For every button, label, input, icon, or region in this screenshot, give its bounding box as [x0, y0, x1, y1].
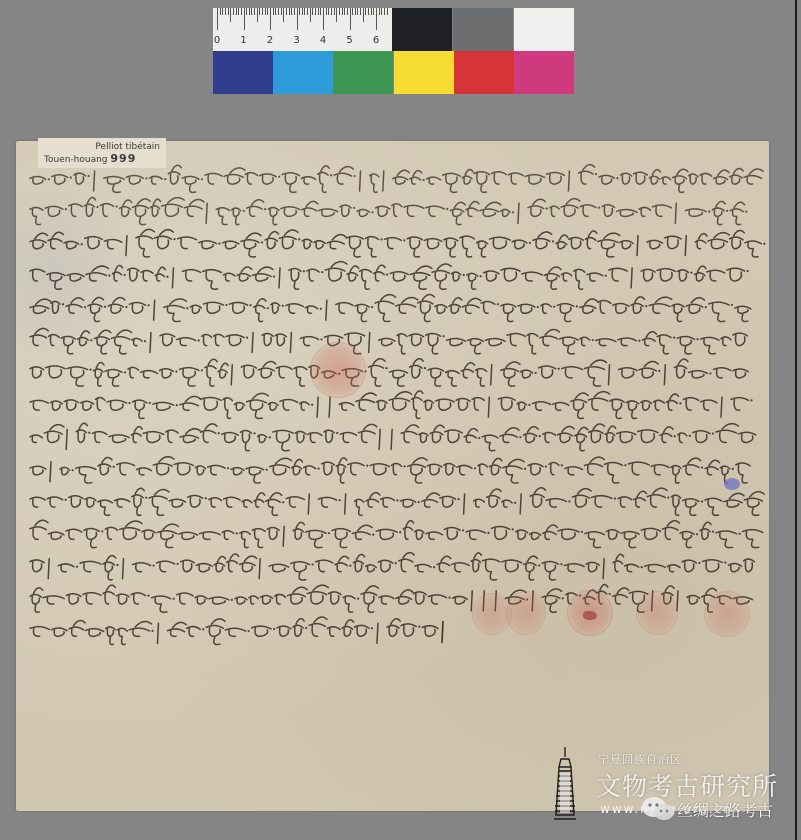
ruler-tick: [217, 8, 218, 30]
ruler-tick: [249, 8, 250, 15]
pagoda-logo-icon: [552, 745, 578, 825]
swatch-green: [333, 51, 393, 94]
ruler-tick: [339, 8, 340, 15]
ruler-tick: [342, 8, 343, 15]
ruler-tick: [320, 8, 321, 15]
publisher-watermark: 宁夏回族自治区 文物考古研究所 www.nxkg.org.cn 丝绸之路考古: [552, 745, 797, 835]
ruler-tick: [228, 8, 229, 15]
ruler-tick: [302, 8, 303, 15]
swatch-cyan: [273, 51, 333, 94]
swatch-yellow: [394, 51, 454, 94]
ruler-tick: [254, 8, 255, 15]
swatch-red: [454, 51, 514, 94]
ruler-tick: [299, 8, 300, 15]
swatch-magenta: [514, 51, 574, 94]
ruler-tick: [281, 8, 282, 15]
ruler-tick: [376, 8, 377, 30]
manuscript-page: Pelliot tibétain Touen-houang 999: [16, 141, 769, 811]
ruler-tick: [350, 8, 351, 30]
ruler-tick: [294, 8, 295, 15]
ruler-tick: [312, 8, 313, 15]
blue-ink-spot: [724, 478, 740, 490]
ruler-label: 0: [214, 35, 220, 46]
ruler-tick: [297, 8, 298, 30]
ruler-tick: [360, 8, 361, 15]
ruler-tick: [304, 8, 305, 15]
ruler-tick: [384, 8, 385, 15]
red-seal-stamp: [506, 591, 546, 635]
ruler-tick: [270, 8, 271, 30]
ruler-tick: [225, 8, 226, 15]
red-seal-stamp: [636, 591, 678, 635]
ruler-tick: [283, 8, 284, 22]
ruler-tick: [336, 8, 337, 22]
ruler-tick: [246, 8, 247, 15]
ruler-tick: [222, 8, 223, 15]
ruler-label: 6: [373, 35, 379, 46]
red-seal-stamp: [704, 591, 750, 637]
ruler-tick: [355, 8, 356, 15]
ruler-tick: [262, 8, 263, 15]
ruler-tick: [275, 8, 276, 15]
frame-border: [795, 0, 797, 840]
ruler-tick: [230, 8, 231, 22]
ruler-label: 3: [293, 35, 299, 46]
ruler-tick: [357, 8, 358, 15]
ruler-tick: [363, 8, 364, 22]
ruler-label: 5: [346, 35, 352, 46]
ruler-tick: [273, 8, 274, 15]
ruler-tick: [310, 8, 311, 22]
ruler-tick: [257, 8, 258, 22]
ruler-tick: [334, 8, 335, 15]
ruler-tick: [307, 8, 308, 15]
ruler-tick: [381, 8, 382, 15]
ruler-label: 2: [267, 35, 273, 46]
ruler-tick: [352, 8, 353, 15]
ruler-tick: [238, 8, 239, 15]
swatch-blue: [213, 51, 273, 94]
ruler-tick: [315, 8, 316, 15]
centimeter-ruler: 0123456: [213, 8, 392, 51]
ruler-tick: [347, 8, 348, 15]
ruler-tick: [241, 8, 242, 15]
ruler-tick: [291, 8, 292, 15]
ruler-tick: [379, 8, 380, 15]
ruler-tick: [326, 8, 327, 15]
swatch-black: [392, 8, 452, 51]
ruler-label: 1: [240, 35, 246, 46]
watermark-org-region: 宁夏回族自治区: [598, 751, 682, 767]
red-seal-stamp: [567, 590, 613, 636]
ruler-tick: [244, 8, 245, 30]
ruler-tick: [267, 8, 268, 15]
tibetan-handwritten-text: [16, 141, 769, 811]
ruler-label: 4: [320, 35, 326, 46]
ruler-tick: [368, 8, 369, 15]
ruler-tick: [220, 8, 221, 15]
ruler-tick: [265, 8, 266, 15]
swatch-white: [514, 8, 574, 51]
wechat-icon: [640, 795, 676, 823]
wechat-account-name: 丝绸之路考古: [677, 798, 773, 821]
ruler-tick: [251, 8, 252, 15]
ruler-tick: [286, 8, 287, 15]
ruler-tick: [278, 8, 279, 15]
color-calibration-target: 0123456: [213, 8, 574, 94]
ruler-tick: [365, 8, 366, 15]
ruler-tick: [259, 8, 260, 15]
ruler-tick: [289, 8, 290, 15]
red-seal-stamp: [310, 342, 366, 398]
ruler-tick: [387, 8, 388, 15]
ruler-tick: [373, 8, 374, 15]
ruler-tick: [371, 8, 372, 15]
ruler-tick: [233, 8, 234, 15]
ruler-tick: [328, 8, 329, 15]
ruler-tick: [344, 8, 345, 15]
swatch-gray: [453, 8, 513, 51]
ruler-tick: [318, 8, 319, 15]
ruler-tick: [331, 8, 332, 15]
ruler-tick: [236, 8, 237, 15]
ruler-tick: [323, 8, 324, 30]
